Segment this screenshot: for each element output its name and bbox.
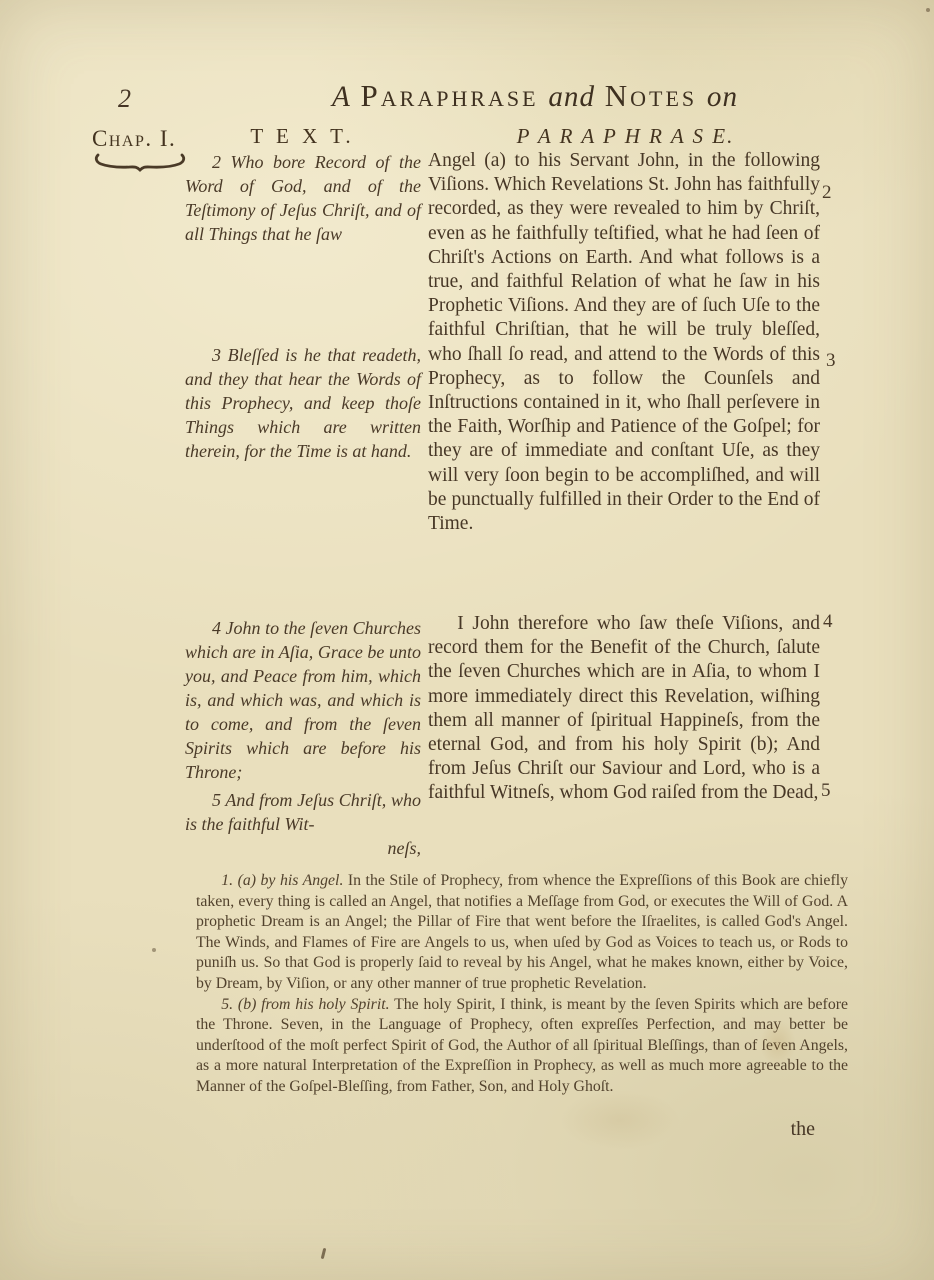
running-title-and: and [548,81,595,113]
text-column-heading: T E X T. [185,124,420,149]
bible-verse-5-text: 5 And from Jeſus Chriſt, who is the fait… [185,790,421,834]
footnote-2-lead: 5. (b) from his holy Spirit. [221,996,389,1013]
paraphrase-paragraph-2: I John therefore who ſaw theſe Viſions, … [428,612,820,806]
paraphrase-paragraph-1: Angel (a) to his Servant John, in the fo… [428,149,820,536]
paper-stain [560,1090,680,1150]
catchword: the [700,1118,815,1141]
page-number: 2 [118,84,131,114]
margin-verse-number-3: 3 [826,350,836,372]
flourish-ornament-icon [94,152,186,179]
bible-verse-2: 2 Who bore Record of the Word of God, an… [185,150,421,246]
footnote-1: 1. (a) by his Angel. In the Stile of Pro… [196,871,848,995]
footnotes-section: 1. (a) by his Angel. In the Stile of Pro… [196,871,848,1098]
bible-verse-5-hang: neſs, [185,836,421,860]
running-title-on: on [707,81,738,113]
running-title: A Paraphrase and Notes on [225,78,845,114]
paper-stain [760,1020,796,1066]
running-title-paraphrase: Paraphrase [361,78,539,113]
running-title-notes: Notes [605,78,697,113]
chapter-label: Chap. I. [92,126,176,152]
margin-verse-number-4: 4 [823,611,833,633]
margin-verse-number-2: 2 [822,182,832,204]
footnote-2: 5. (b) from his holy Spirit. The holy Sp… [196,995,848,1098]
ink-speck [152,948,156,952]
running-title-a: A [332,81,351,113]
ink-speck [926,8,930,12]
margin-verse-number-5: 5 [821,780,831,802]
bible-verse-5: 5 And from Jeſus Chriſt, who is the fait… [185,788,421,860]
bible-verse-4: 4 John to the ſeven Churches which are i… [185,616,421,784]
footnote-1-text: In the Stile of Prophecy, from whence th… [196,872,848,992]
bible-verse-3: 3 Bleſſed is he that readeth, and they t… [185,343,421,463]
footnote-1-lead: 1. (a) by his Angel. [221,872,343,889]
ink-speck [321,1248,327,1259]
paraphrase-column-heading: P A R A P H R A S E. [428,124,823,149]
book-page: 2 A Paraphrase and Notes on Chap. I. T E… [0,0,934,1280]
